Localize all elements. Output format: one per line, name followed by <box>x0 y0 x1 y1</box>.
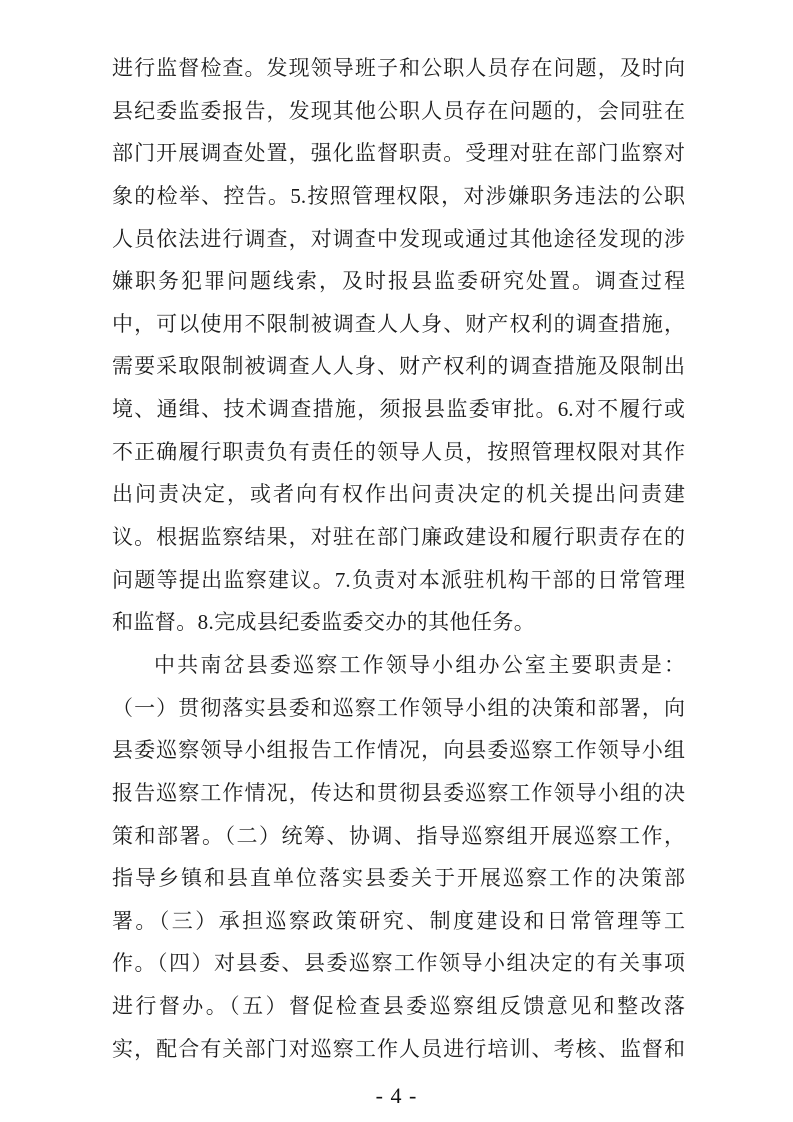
text-line: 报告巡察工作情况，传达和贯彻县委巡察工作领导小组的决 <box>112 772 685 815</box>
text-line: 不正确履行职责负有责任的领导人员，按照管理权限对其作 <box>112 431 685 474</box>
text-line: 策和部署。（二）统筹、协调、指导巡察组开展巡察工作， <box>112 815 685 858</box>
text-line: 部门开展调查处置，强化监督职责。受理对驻在部门监察对 <box>112 132 685 175</box>
text-line: 嫌职务犯罪问题线索，及时报县监委研究处置。调查过程 <box>112 260 685 303</box>
text-line: 问题等提出监察建议。7.负责对本派驻机构干部的日常管理 <box>112 559 685 602</box>
text-line: 作。（四）对县委、县委巡察工作领导小组决定的有关事项 <box>112 942 685 985</box>
text-line: 议。根据监察结果，对驻在部门廉政建设和履行职责存在的 <box>112 516 685 559</box>
document-page: 进行监督检查。发现领导班子和公职人员存在问题，及时向县纪委监委报告，发现其他公职… <box>0 0 793 1122</box>
text-line: 署。（三）承担巡察政策研究、制度建设和日常管理等工 <box>112 900 685 943</box>
text-line: 实，配合有关部门对巡察工作人员进行培训、考核、监督和 <box>112 1028 685 1071</box>
text-line: 人员依法进行调查，对调查中发现或通过其他途径发现的涉 <box>112 218 685 261</box>
text-line: 出问责决定，或者向有权作出问责决定的机关提出问责建 <box>112 473 685 516</box>
text-line: 进行监督检查。发现领导班子和公职人员存在问题，及时向 <box>112 47 685 90</box>
text-line: 中共南岔县委巡察工作领导小组办公室主要职责是： <box>112 644 685 687</box>
text-line: 境、通缉、技术调查措施，须报县监委审批。6.对不履行或 <box>112 388 685 431</box>
text-line: （一）贯彻落实县委和巡察工作领导小组的决策和部署，向 <box>112 687 685 730</box>
page-number: - 4 - <box>0 1083 793 1109</box>
text-line: 象的检举、控告。5.按照管理权限，对涉嫌职务违法的公职 <box>112 175 685 218</box>
text-line: 中，可以使用不限制被调查人人身、财产权利的调查措施， <box>112 303 685 346</box>
text-line: 进行督办。（五）督促检查县委巡察组反馈意见和整改落 <box>112 985 685 1028</box>
text-line: 县纪委监委报告，发现其他公职人员存在问题的，会同驻在 <box>112 90 685 133</box>
text-line: 县委巡察领导小组报告工作情况，向县委巡察工作领导小组 <box>112 729 685 772</box>
text-line: 需要采取限制被调查人人身、财产权利的调查措施及限制出 <box>112 345 685 388</box>
text-line: 和监督。8.完成县纪委监委交办的其他任务。 <box>112 601 685 644</box>
document-body: 进行监督检查。发现领导班子和公职人员存在问题，及时向县纪委监委报告，发现其他公职… <box>112 47 685 1070</box>
text-line: 指导乡镇和县直单位落实县委关于开展巡察工作的决策部 <box>112 857 685 900</box>
